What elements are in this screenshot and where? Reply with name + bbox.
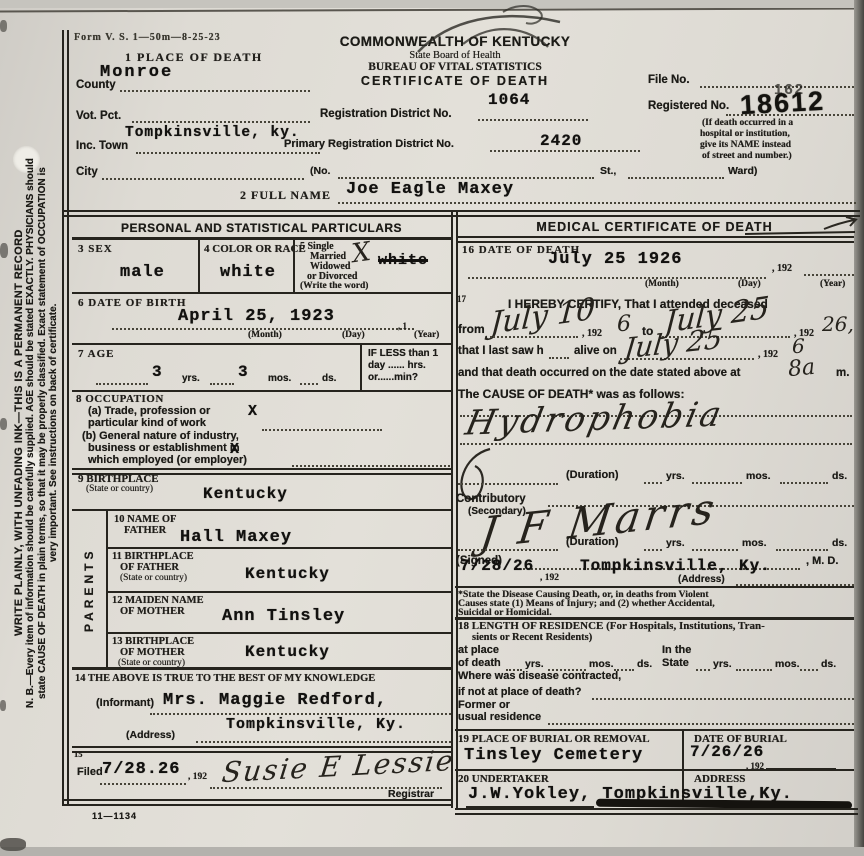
father-bp-label1: 11 BIRTHPLACE [112,551,194,562]
street-no-label: (No. [310,165,330,177]
certify-saw-year: 6 [792,334,805,358]
certify-m-label: m. [836,367,849,379]
informant-value: Mrs. Maggie Redford, [163,691,387,710]
mother-name-value: Ann Tinsley [222,607,345,626]
certify-saw-192: , 192 [758,349,778,360]
duration2-yrs: yrs. [666,537,685,549]
street-label: St., [600,165,616,177]
street-line [628,175,724,179]
if-less-line3: or......min? [368,372,418,383]
filed-label: Filed [77,766,103,778]
certify-from-192: , 192 [582,328,602,339]
age-label: 7 AGE [78,348,114,360]
edge-mark [0,20,7,32]
primary-reg-line [490,148,640,152]
registered-no-label: Registered No. [648,100,729,112]
age-line-3 [300,381,318,385]
signed-place-value: Tompkinsville, Ky. [580,557,771,575]
burial-date-value: 7/26/26 [690,743,764,761]
duration2-ds: ds. [832,537,847,549]
residence-in-the: In the [662,644,691,656]
cell-divider [293,240,295,292]
row-rule [72,292,451,294]
age-years-value: 3 [152,363,163,381]
duration1-mos: mos. [746,470,771,482]
row-rule [72,343,451,345]
right-title-rule [457,236,854,243]
sex-value: male [120,263,165,282]
burial-place-label: 19 PLACE OF BURIAL OR REMOVAL [458,733,650,745]
hospital-note-line1: (If death occurred in a [702,118,793,128]
age-line-1 [96,381,148,385]
certify-from-line [490,334,578,338]
duration2-label: (Duration) [566,536,619,548]
age-months-value: 3 [238,363,249,381]
occupation-a-value: X [248,403,258,420]
certificate-of-death-title: CERTIFICATE OF DEATH [338,74,572,88]
certify-from-label: from [458,322,485,336]
inc-town-line [136,150,320,154]
marital-label-5: (Write the word) [300,281,368,291]
reg-district-label: Registration District No. [320,108,452,120]
duration2-mos: mos. [742,537,767,549]
row-rule [72,509,451,511]
header-bottom-double-rule [62,210,860,217]
bureau-subtitle: BUREAU OF VITAL STATISTICS [338,61,572,73]
parents-row-rule [106,591,451,593]
dob-year-prefix: , 1 [398,321,407,331]
informant-address-label: (Address) [126,729,175,741]
dob-day-label: (Day) [342,330,365,340]
occupation-b-line [292,463,450,467]
cause-of-death-value: Hydrophobia [462,394,728,443]
left-double-rule [62,30,69,806]
father-name-label1: 10 NAME OF [114,514,176,525]
residence-at-place: at place [458,644,499,656]
inc-town-value: Tompkinsville, ky. [125,125,300,141]
left-title-rule [72,237,451,240]
occupation-a-line [262,427,382,431]
residence-if-not-line [592,696,854,700]
res-dots-6 [800,667,818,671]
vot-pct-label: Vot. Pct. [76,110,121,122]
reg-district-line [478,117,588,121]
signed-address-label: (Address) [678,574,725,585]
occupation-label: 8 OCCUPATION [76,393,164,405]
marital-handwritten-x: X [350,237,373,269]
margin-note-line2: N. B.—Every item of information should b… [25,16,37,850]
sex-label: 3 SEX [78,243,113,255]
edge-mark [0,418,7,430]
res-dots-5 [736,667,772,671]
mother-name-label1: 12 MAIDEN NAME [112,595,204,606]
parents-row-rule [106,547,451,549]
dod-day-label: (Day) [738,279,761,289]
age-ds-label: ds. [322,373,336,384]
father-name-label2: FATHER [124,525,166,536]
city-line [102,176,304,180]
county-line [120,88,310,92]
hospital-note-line3: give its NAME instead [700,140,791,150]
dod-month-label: (Month) [645,279,679,289]
father-bp-value: Kentucky [245,565,330,583]
certify-occurred-label: and that death occurred on the date stat… [458,367,740,379]
parents-bottom-rule [72,667,451,670]
scan-bottom-strip [0,847,864,856]
filed-date-line [100,781,186,785]
res-ds-2: ds. [821,658,836,670]
certify-saw-blank [549,355,569,359]
row-rule [72,390,451,392]
reg-district-value: 1064 [488,91,530,109]
occupation-a-line1: (a) Trade, profession or [88,405,210,417]
parents-divider [106,509,108,668]
footnote-top-rule [455,586,854,588]
duration1-yrs: yrs. [666,470,685,482]
residence-of-death: of death [458,657,501,669]
mother-bp-value: Kentucky [245,643,330,661]
residence-usual-line [548,721,854,725]
dod-year-label: (Year) [820,279,845,289]
row-rule [455,769,854,771]
birthplace-sub-label: (State or country) [86,484,153,494]
right-bottom-double-rule [455,808,858,815]
age-mos-label: mos. [268,373,291,384]
form-number: Form V. S. 1—50m—8-25-23 [74,32,221,43]
burial-place-value: Tinsley Cemetery [464,746,643,765]
registered-number-stamp: 18612 [739,86,826,121]
duration2-lead-line [458,547,558,551]
res-yrs-2: yrs. [713,658,732,670]
certify-to-year: 26, [822,312,854,336]
res-dots-4 [696,667,710,671]
dod-year-line [804,272,854,276]
ward-label: Ward) [728,165,757,177]
age-line-2 [210,381,234,385]
edge-mark [0,243,8,258]
undertaker-label: 20 UNDERTAKER [458,773,549,785]
occupation-b-line2: business or establishment in [88,442,240,454]
mother-bp-label1: 13 BIRTHPLACE [112,636,194,647]
residence-if-not: if not at place of death? [458,686,581,698]
hospital-note-line4: of street and number.) [702,151,792,161]
filed-section-number: 15 [74,749,83,759]
mother-bp-label2: OF MOTHER [120,647,185,658]
duration1-lead-line [458,481,558,485]
residence-state: State [662,657,689,669]
dod-line [468,275,766,279]
street-no-line [338,175,594,179]
duration2-dots-c [776,547,828,551]
city-label: City [76,166,98,178]
father-bp-label3: (State or country) [120,573,187,583]
father-bp-label2: OF FATHER [120,562,179,573]
residence-where: Where was disease contracted, [458,670,621,682]
hospital-note-line2: hospital or institution, [700,129,790,139]
if-less-line2: day ...... hrs. [368,360,426,371]
signed-192-label: , 192 [540,573,559,583]
undertaker-address-label: ADDRESS [694,773,745,785]
duration1-label: (Duration) [566,469,619,481]
margin-note-line4: very important. See instructions on back… [48,16,60,850]
row-rule [455,729,854,731]
certify-section-number: 17 [457,294,466,304]
certify-saw-label2: alive on [574,345,617,357]
full-name-value: Joe Eagle Maxey [346,180,514,199]
residence-label-line2: sients or Recent Residents) [472,632,592,643]
res-yrs-1: yrs. [525,658,544,670]
full-name-line [338,200,856,204]
primary-reg-label: Primary Registration District No. [284,138,454,150]
marital-struck-value: white [378,252,428,269]
residence-usual: usual residence [458,711,541,723]
dod-192-label: , 192 [772,263,792,274]
if-less-line1: IF LESS than 1 [368,348,438,359]
occupation-b-line1: (b) General nature of industry, [82,430,239,442]
birthplace-value: Kentucky [203,485,288,503]
dob-year-label: (Year) [414,330,439,340]
residence-label-line1: 18 LENGTH OF RESIDENCE (For Hospitals, I… [458,620,765,632]
duration1-dots-c [780,480,828,484]
informant-line [150,711,451,715]
dod-value: July 25 1926 [548,250,682,269]
mother-name-label2: OF MOTHER [120,606,185,617]
age-yrs-label: yrs. [182,373,200,384]
form-code: 11—1134 [92,811,137,821]
left-bottom-double-rule [62,799,453,806]
dob-month-label: (Month) [248,330,282,340]
dob-value: April 25, 1923 [178,307,335,326]
pen-check-mark [822,216,858,232]
filed-192-label: , 192 [188,772,207,782]
pen-scribble [408,2,593,58]
signed-date-value: 7/28/26 [460,557,534,575]
color-race-value: white [220,263,276,282]
color-race-label: 4 COLOR OR RACE [204,243,306,255]
death-certificate-scan: WRITE PLAINLY, WITH UNFADING INK—THIS IS… [0,0,864,856]
file-no-label: File No. [648,74,690,86]
occupation-a-line2: particular kind of work [88,417,206,429]
informant-label: (Informant) [96,697,154,709]
statement-label: 14 THE ABOVE IS TRUE TO THE BEST OF MY K… [75,673,375,684]
full-name-label: 2 FULL NAME [240,188,331,203]
occupation-b-line3: which employed (or employer) [88,454,247,466]
res-mos-1: mos. [589,658,614,670]
father-name-value: Hall Maxey [180,528,292,547]
death-hour-value: 8a [787,355,816,382]
filed-date-value: 7/28.26 [102,760,180,779]
inc-town-label: Inc. Town [76,140,128,152]
residence-former: Former or [458,699,510,711]
cell-divider [198,240,200,292]
edge-mark [0,700,6,711]
vot-pct-line [132,119,310,123]
informant-address-value: Tompkinsville, Ky. [226,716,406,733]
dob-label: 6 DATE OF BIRTH [78,297,186,309]
county-label: County [76,79,116,91]
contributory-label: Contributory [456,493,526,505]
duration2-dots-a [644,547,662,551]
informant-address-line [196,739,451,743]
parents-row-rule [106,632,451,634]
duration1-ds: ds. [832,470,847,482]
certify-saw-label1: that I last saw h [458,345,544,357]
res-ds-1: ds. [637,658,652,670]
parents-vertical-label: PARENTS [82,525,96,655]
md-label: , M. D. [806,555,838,567]
cell-divider [360,343,362,390]
duration1-dots-a [644,480,662,484]
res-mos-2: mos. [775,658,800,670]
scan-right-edge [854,0,864,856]
duration2-dots-b [692,547,738,551]
personal-particulars-title: PERSONAL AND STATISTICAL PARTICULARS [72,221,451,235]
